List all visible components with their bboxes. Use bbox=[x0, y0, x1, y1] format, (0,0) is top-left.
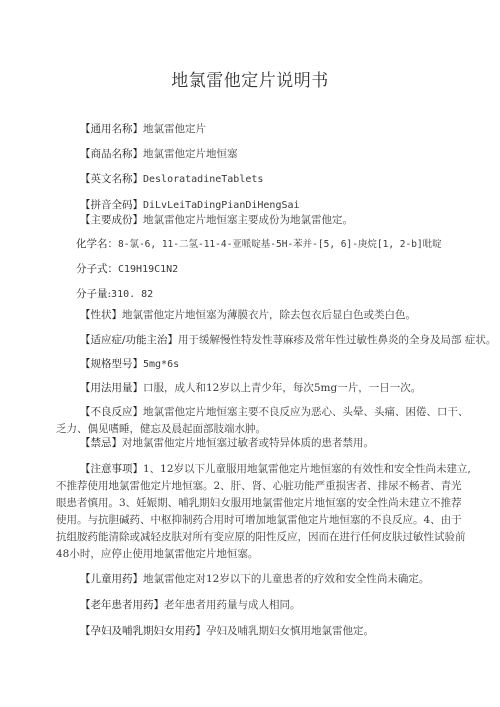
pediatric-row: 【儿童用药】地氯雷他定对12岁以下的儿童患者的疗效和安全性尚未确定。 bbox=[80, 572, 429, 586]
ingredients-row: 【主要成份】地氯雷他定片地恒塞主要成份为地氯雷他定。 bbox=[80, 213, 353, 227]
elderly-label: 【老年患者用药】 bbox=[80, 599, 164, 611]
precautions-line-3: 眼患者慎用。3、妊娠期、哺乳期妇女服用地氯雷他定片地恒塞的安全性尚未建立不推荐 bbox=[56, 496, 462, 510]
indications-label: 【适应症/功能主治】 bbox=[80, 334, 178, 346]
generic-name-row: 【通用名称】地氯雷他定片 bbox=[80, 122, 206, 136]
ingredients-label: 【主要成份】 bbox=[80, 214, 143, 226]
elderly-row: 【老年患者用药】老年患者用药量与成人相同。 bbox=[80, 598, 301, 612]
indications-value: 用于缓解慢性特发性荨麻疹及常年性过敏性鼻炎的全身及局部 症状。 bbox=[178, 334, 496, 346]
description-label: 【性状】 bbox=[80, 309, 122, 321]
chemical-name-label: 化学名： bbox=[76, 238, 118, 250]
chemical-name-row: 化学名：8-氯-6, 11-二氢-11-4-亚哌啶基-5H-苯并-[5, 6]-… bbox=[76, 237, 442, 252]
pediatric-value: 地氯雷他定对12岁以下的儿童患者的疗效和安全性尚未确定。 bbox=[143, 573, 429, 585]
pregnancy-value: 孕妇及哺乳期妇女慎用地氯雷他定。 bbox=[206, 625, 374, 637]
precautions-line-2: 不推荐使用地氯雷他定片地恒塞。2、肝、肾、心脏功能严重损害者、排尿不畅者、青光 bbox=[56, 479, 462, 493]
adverse-reactions-line-2: 乏力、偶见嗜睡，健忘及晨起面部肢端水肿。 bbox=[56, 422, 266, 436]
trade-name-label: 【商品名称】 bbox=[80, 148, 143, 160]
pregnancy-label: 【孕妇及哺乳期妇女用药】 bbox=[80, 625, 206, 637]
contraindications-label: 【禁忌】 bbox=[80, 437, 122, 449]
specification-row: 【规格型号】5mg*6s bbox=[80, 357, 179, 372]
trade-name-value: 地氯雷他定片地恒塞 bbox=[143, 148, 238, 160]
dosage-value: 口服，成人和12岁以上青少年，每次5mg一片，一日一次。 bbox=[143, 382, 421, 394]
generic-name-value: 地氯雷他定片 bbox=[143, 123, 206, 135]
precautions-line-5: 抗组胺药能清除或减轻皮肤对所有变应原的阳性反应，因而在进行任何皮肤过敏性试验前 bbox=[56, 530, 466, 544]
molecular-weight-value: 310. 82 bbox=[111, 289, 153, 300]
description-value: 地氯雷他定片地恒塞为薄膜衣片，除去包衣后显白色或类白色。 bbox=[122, 309, 416, 321]
dosage-label: 【用法用量】 bbox=[80, 382, 143, 394]
precautions-row: 【注意事项】1、12岁以下儿童服用地氯雷他定片地恒塞的有效性和安全性尚未建立, bbox=[80, 462, 471, 476]
description-row: 【性状】地氯雷他定片地恒塞为薄膜衣片，除去包衣后显白色或类白色。 bbox=[80, 308, 416, 322]
molecular-weight-label: 分子量: bbox=[76, 288, 111, 300]
elderly-value: 老年患者用药量与成人相同。 bbox=[164, 599, 301, 611]
indications-row: 【适应症/功能主治】用于缓解慢性特发性荨麻疹及常年性过敏性鼻炎的全身及局部 症状… bbox=[80, 333, 496, 347]
formula-value: C19H19C1N2 bbox=[118, 264, 178, 275]
contraindications-row: 【禁忌】对地氯雷他定片地恒塞过敏者或特异体质的患者禁用。 bbox=[80, 436, 374, 450]
adverse-reactions-label: 【不良反应】 bbox=[80, 406, 143, 418]
ingredients-value: 地氯雷他定片地恒塞主要成份为地氯雷他定。 bbox=[143, 214, 353, 226]
specification-value: 5mg*6s bbox=[143, 359, 179, 370]
precautions-label: 【注意事项】 bbox=[80, 463, 143, 475]
formula-label: 分子式： bbox=[76, 263, 118, 275]
precautions-line-4: 使用。与抗胆碱药、中枢抑制药合用时可增加地氯雷他定片地恒塞的不良反应。4、由于 bbox=[56, 513, 462, 527]
pinyin-name-row: 【拼音全码】DiLvLeiTaDingPianDiHengSai bbox=[80, 198, 300, 213]
pinyin-name-value: DiLvLeiTaDingPianDiHengSai bbox=[143, 200, 300, 211]
english-name-row: 【英文名称】DesloratadineTablets bbox=[80, 172, 263, 187]
specification-label: 【规格型号】 bbox=[80, 358, 143, 370]
pediatric-label: 【儿童用药】 bbox=[80, 573, 143, 585]
adverse-reactions-line-1: 地氯雷他定片地恒塞主要不良反应为恶心、头晕、头痛、困倦、口干、 bbox=[143, 406, 469, 418]
chemical-name-value: 8-氯-6, 11-二氢-11-4-亚哌啶基-5H-苯并-[5, 6]-庚烷[1… bbox=[118, 239, 442, 250]
english-name-label: 【英文名称】 bbox=[80, 173, 143, 185]
english-name-value: DesloratadineTablets bbox=[143, 174, 263, 185]
formula-row: 分子式：C19H19C1N2 bbox=[76, 262, 178, 277]
generic-name-label: 【通用名称】 bbox=[80, 123, 143, 135]
pregnancy-row: 【孕妇及哺乳期妇女用药】孕妇及哺乳期妇女慎用地氯雷他定。 bbox=[80, 624, 374, 638]
contraindications-value: 对地氯雷他定片地恒塞过敏者或特异体质的患者禁用。 bbox=[122, 437, 374, 449]
document-title: 地氯雷他定片说明书 bbox=[0, 66, 500, 91]
precautions-line-1: 1、12岁以下儿童服用地氯雷他定片地恒塞的有效性和安全性尚未建立, bbox=[143, 463, 471, 475]
precautions-line-6: 48小时，应停止使用地氯雷他定片地恒塞。 bbox=[56, 547, 258, 561]
trade-name-row: 【商品名称】地氯雷他定片地恒塞 bbox=[80, 147, 238, 161]
molecular-weight-row: 分子量:310. 82 bbox=[76, 287, 153, 302]
pinyin-name-label: 【拼音全码】 bbox=[80, 199, 143, 211]
dosage-row: 【用法用量】口服，成人和12岁以上青少年，每次5mg一片，一日一次。 bbox=[80, 381, 421, 395]
adverse-reactions-row: 【不良反应】地氯雷他定片地恒塞主要不良反应为恶心、头晕、头痛、困倦、口干、 bbox=[80, 405, 469, 419]
